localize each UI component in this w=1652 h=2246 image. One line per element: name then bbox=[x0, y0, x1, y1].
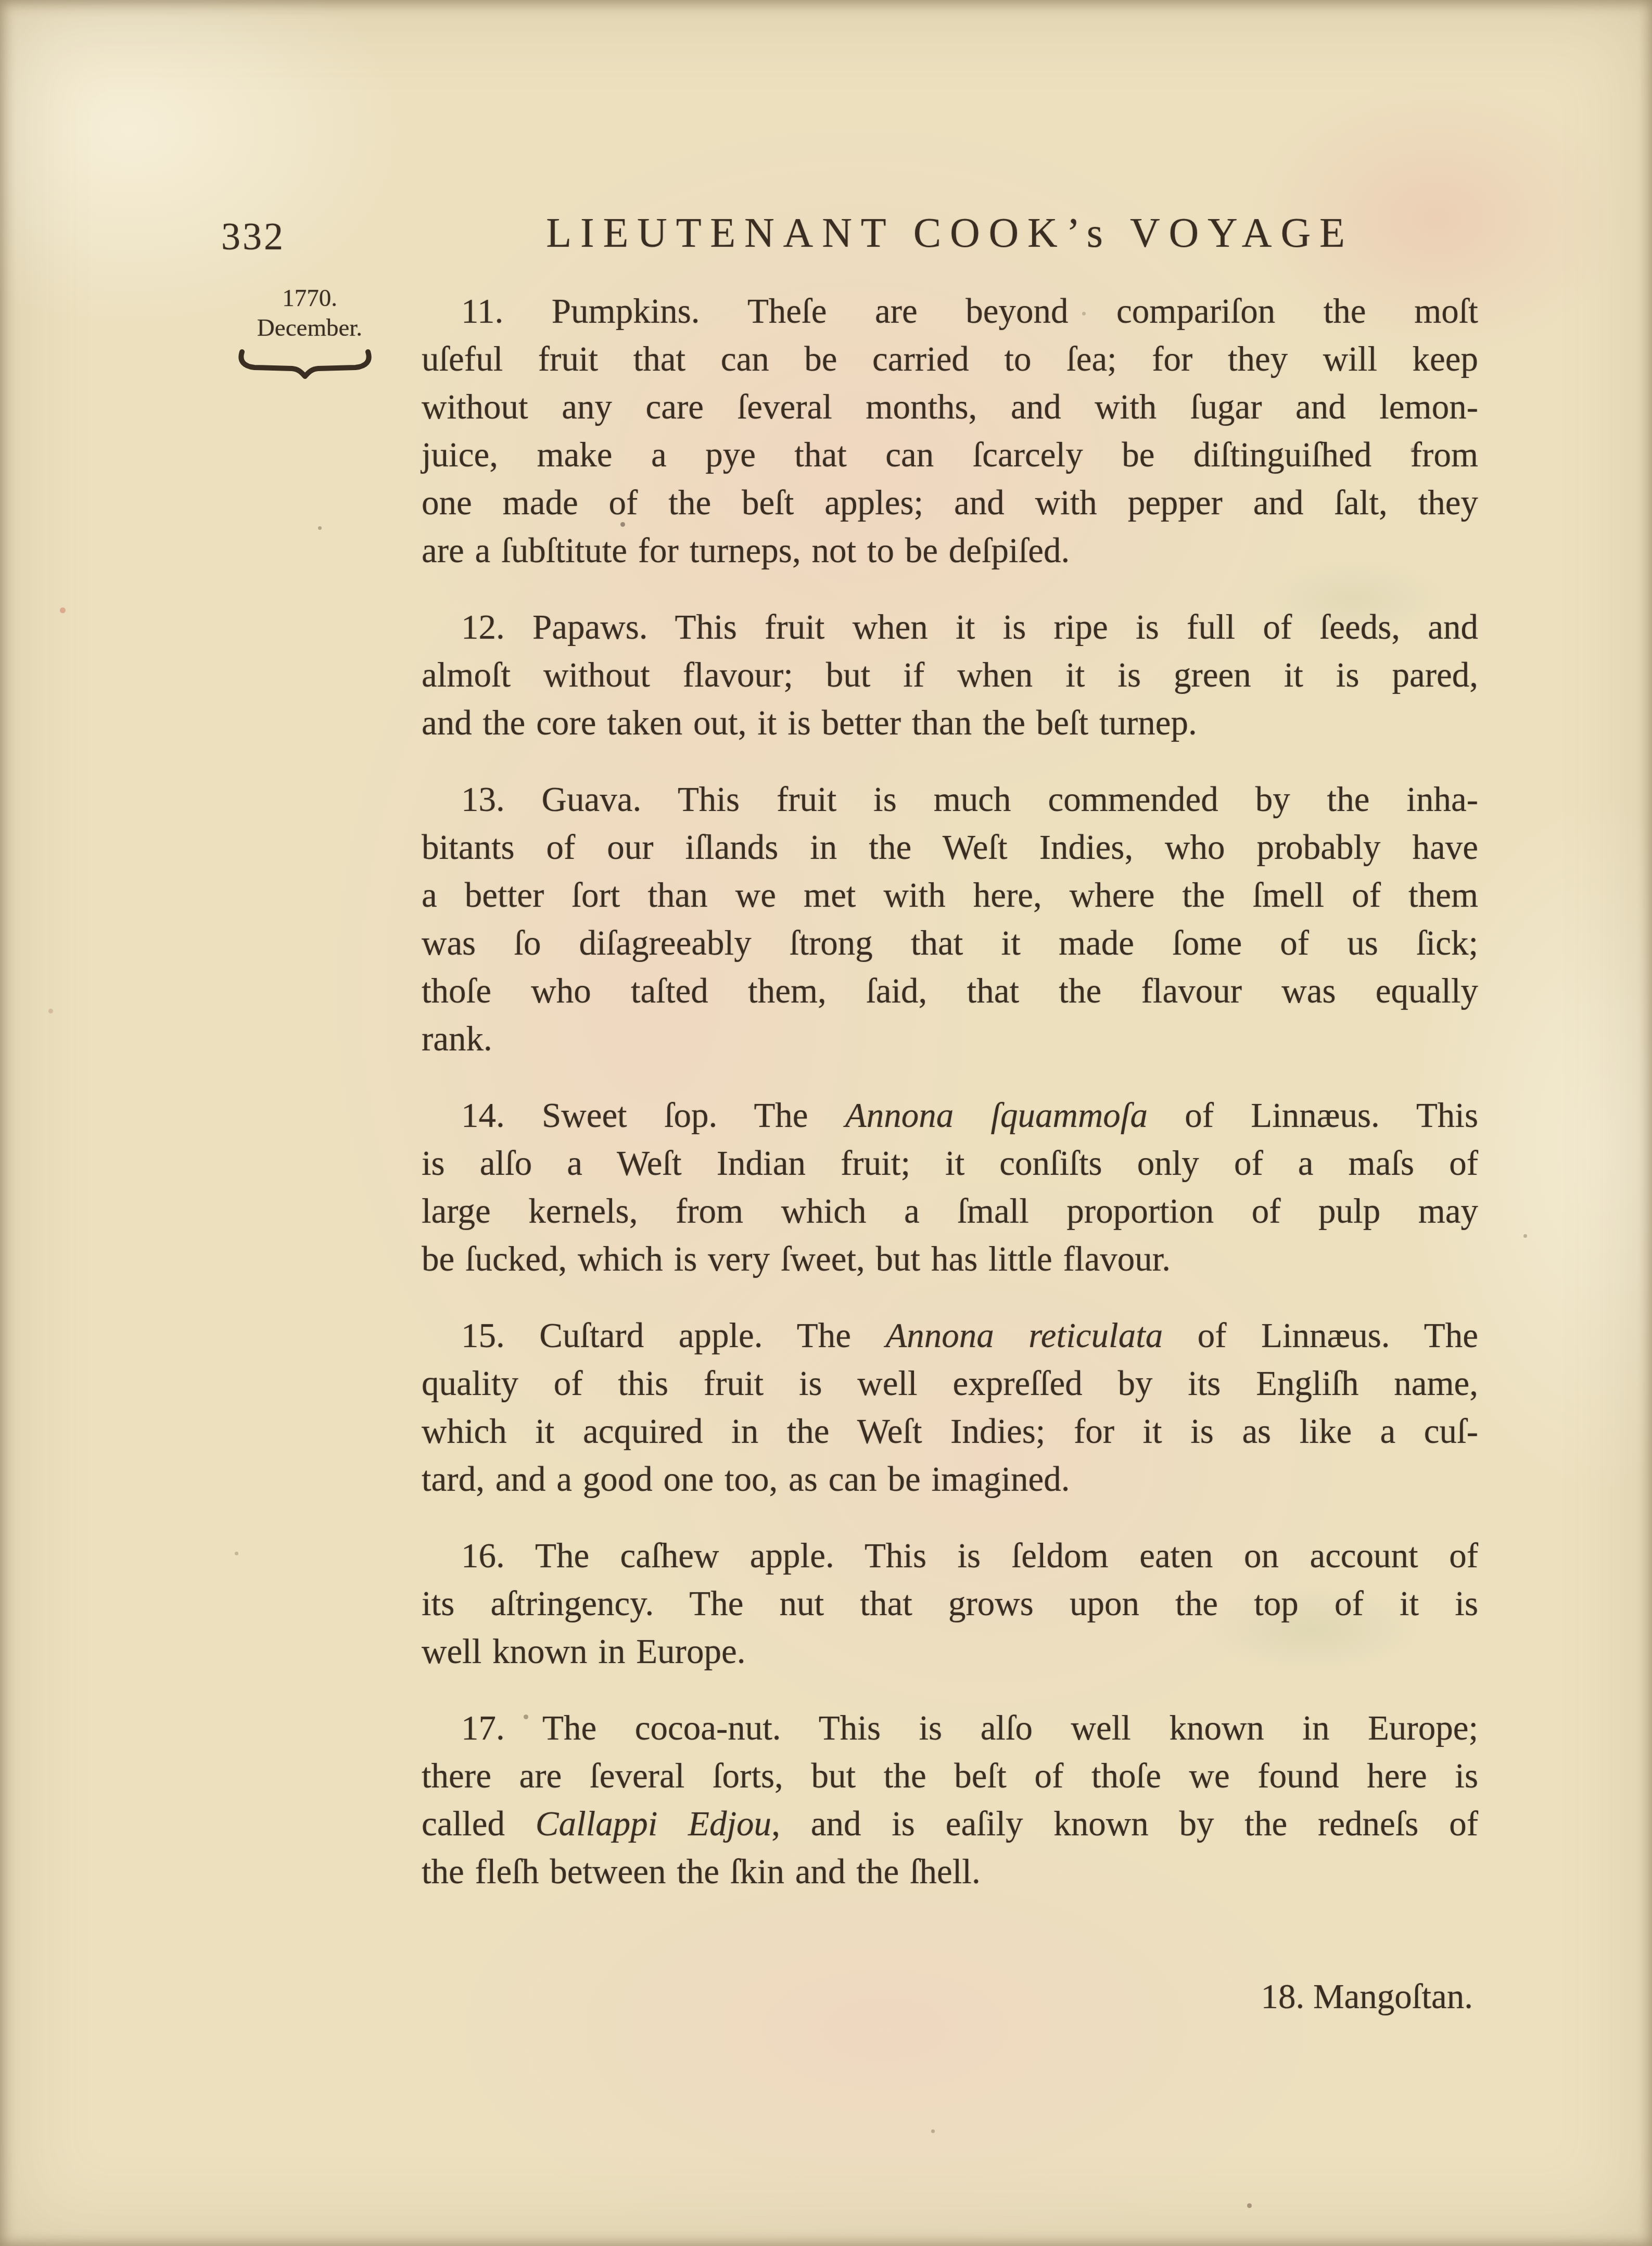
text-line: which it acquired in the Weſt Indies; fo… bbox=[422, 1407, 1478, 1455]
text-line: was ſo diſagreeably ſtrong that it made … bbox=[422, 919, 1478, 967]
page-number: 332 bbox=[221, 218, 285, 256]
text-line: be ſucked, which is very ſweet, but has … bbox=[422, 1235, 1478, 1283]
body-text: 11. Pumpkins. Theſe are beyond compariſo… bbox=[422, 287, 1478, 1924]
text-line: 16. The caſhew apple. This is ſeldom eat… bbox=[422, 1532, 1478, 1580]
text-line: thoſe who taſted them, ſaid, that the fl… bbox=[422, 967, 1478, 1015]
margin-note: 1770. December. bbox=[224, 284, 396, 343]
date-brace-icon bbox=[237, 348, 375, 380]
paragraph-cocoa-nut: 17. The cocoa-nut. This is alſo well kno… bbox=[422, 1704, 1478, 1896]
text-line: tard, and a good one too, as can be imag… bbox=[422, 1455, 1478, 1503]
paragraph-custard-apple: 15. Cuſtard apple. The Annona reticulata… bbox=[422, 1312, 1478, 1503]
catchword: 18. Mangoſtan. bbox=[422, 1973, 1473, 2021]
text-line: juice, make a pye that can ſcarcely be d… bbox=[422, 431, 1478, 479]
text-line: are a ſubſtitute for turneps, not to be … bbox=[422, 527, 1478, 575]
margin-note-year: 1770. bbox=[224, 284, 396, 313]
text-line: and the core taken out, it is better tha… bbox=[422, 699, 1478, 747]
paragraph-guava: 13. Guava. This fruit is much commended … bbox=[422, 776, 1478, 1063]
text-line: one made of the beſt apples; and with pe… bbox=[422, 479, 1478, 527]
text-line: rank. bbox=[422, 1015, 1478, 1063]
text-line: 14. Sweet ſop. The Annona ſquammoſa of L… bbox=[422, 1092, 1478, 1139]
text-line: the fleſh between the ſkin and the ſhell… bbox=[422, 1848, 1478, 1896]
running-header: LIEUTENANT COOK’s VOYAGE bbox=[422, 212, 1478, 254]
text-line: 13. Guava. This fruit is much commended … bbox=[422, 776, 1478, 823]
margin-note-month: December. bbox=[224, 313, 396, 343]
text-line: called Callappi Edjou, and is eaſily kno… bbox=[422, 1800, 1478, 1848]
paragraph-sweet-sop: 14. Sweet ſop. The Annona ſquammoſa of L… bbox=[422, 1092, 1478, 1283]
text-line: a better ſort than we met with here, whe… bbox=[422, 871, 1478, 919]
text-line: 15. Cuſtard apple. The Annona reticulata… bbox=[422, 1312, 1478, 1360]
paper-specks bbox=[0, 0, 3, 3]
text-line: 12. Papaws. This fruit when it is ripe i… bbox=[422, 603, 1478, 651]
text-line: its aſtringency. The nut that grows upon… bbox=[422, 1580, 1478, 1628]
text-line: well known in Europe. bbox=[422, 1628, 1478, 1676]
text-line: 17. The cocoa-nut. This is alſo well kno… bbox=[422, 1704, 1478, 1752]
text-line: is alſo a Weſt Indian fruit; it conſiſts… bbox=[422, 1139, 1478, 1187]
text-line: large kernels, from which a ſmall propor… bbox=[422, 1187, 1478, 1235]
text-line: without any care ſeveral months, and wit… bbox=[422, 383, 1478, 431]
text-line: there are ſeveral ſorts, but the beſt of… bbox=[422, 1752, 1478, 1800]
text-line: 11. Pumpkins. Theſe are beyond compariſo… bbox=[422, 287, 1478, 335]
scanned-book-page: 332 LIEUTENANT COOK’s VOYAGE 1770. Decem… bbox=[0, 0, 1652, 2246]
paragraph-pumpkins: 11. Pumpkins. Theſe are beyond compariſo… bbox=[422, 287, 1478, 575]
paragraph-cashew-apple: 16. The caſhew apple. This is ſeldom eat… bbox=[422, 1532, 1478, 1676]
text-line: almoſt without flavour; but if when it i… bbox=[422, 651, 1478, 699]
text-line: quality of this fruit is well expreſſed … bbox=[422, 1360, 1478, 1407]
text-line: uſeful fruit that can be carried to ſea;… bbox=[422, 335, 1478, 383]
text-line: bitants of our iſlands in the Weſt Indie… bbox=[422, 823, 1478, 871]
paragraph-papaws: 12. Papaws. This fruit when it is ripe i… bbox=[422, 603, 1478, 747]
